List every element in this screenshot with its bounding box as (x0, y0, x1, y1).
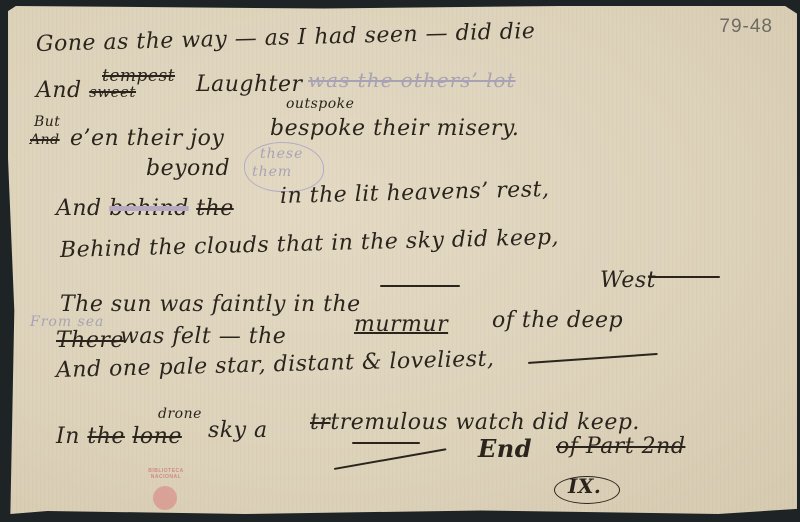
struck-word: lone (132, 424, 181, 449)
struck-word: the (196, 196, 234, 221)
word: Laughter (196, 72, 303, 97)
pencil-addition: was the others’ lot (308, 68, 516, 92)
word: tremulous watch did keep. (330, 410, 640, 435)
stamp-text: BIBLIOTECA NACIONAL (136, 468, 196, 480)
struck-letters: tr (310, 410, 330, 435)
struck-word: There (56, 328, 124, 353)
word: And (36, 78, 82, 103)
stamp-seal-icon (153, 486, 177, 510)
library-stamp: BIBLIOTECA NACIONAL (136, 468, 196, 520)
inserted-word: But (34, 114, 60, 130)
word: in the lit heavens’ rest, (280, 177, 550, 209)
word: And (56, 196, 102, 221)
inserted-word: tempest (102, 66, 175, 86)
manuscript-line-10: In the lone (56, 424, 182, 449)
extension-line (528, 353, 658, 364)
manuscript-line-6: Behind the clouds that in the sky did ke… (60, 225, 560, 263)
extension-line (648, 276, 720, 278)
inserted-word: outspoke (286, 96, 354, 112)
word: West (600, 268, 656, 293)
manuscript-line-8: was felt — the (120, 324, 286, 349)
catalog-number: 79-48 (719, 16, 773, 38)
pencil-note: these (260, 146, 303, 162)
inserted-word: beyond (146, 156, 230, 181)
inserted-word: drone (158, 406, 202, 422)
word: of the deep (492, 308, 623, 333)
pencil-struck-word: behind (109, 196, 189, 221)
manuscript-line-3: e’en their joy (70, 126, 224, 151)
manuscript-page: 79-48 Gone as the way — as I had seen — … (8, 6, 797, 514)
struck-word: And (30, 132, 60, 148)
closing-struck-text: of Part 2nd (556, 434, 685, 459)
circled-numeral: IX. (568, 474, 601, 498)
divider-stroke (334, 448, 447, 469)
word: In (56, 424, 80, 449)
manuscript-line-1: Gone as the way — as I had seen — did di… (36, 19, 536, 57)
struck-word: the (87, 424, 125, 449)
word: trtremulous watch did keep. (310, 410, 640, 435)
word: bespoke their misery. (270, 116, 519, 141)
strike-line (380, 285, 460, 287)
closing-end-word: End (478, 434, 532, 463)
word: sky a (208, 418, 268, 443)
manuscript-line-7: The sun was faintly in the (60, 292, 361, 317)
manuscript-line-5: And behind the (56, 196, 234, 221)
underlined-word: murmur (354, 312, 448, 337)
pencil-note: them (252, 164, 292, 180)
underline-mark (352, 442, 420, 444)
